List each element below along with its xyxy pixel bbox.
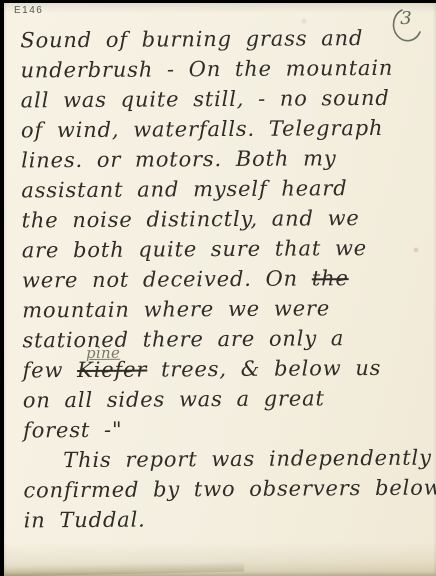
handwritten-line: Sound of burning grass and <box>20 26 430 59</box>
handwritten-line: underbrush - On the mountain <box>20 56 430 89</box>
scanned-page: E146 3 Sound of burning grass andunderbr… <box>0 0 436 576</box>
handwritten-line: few Kieferpine trees, & below us <box>23 356 433 389</box>
handwritten-line: of wind, waterfalls. Telegraph <box>21 116 431 149</box>
struck-out-word: the <box>312 266 349 290</box>
inserted-word: pine <box>86 344 120 362</box>
handwritten-segment: the noise distinctly, and we <box>21 206 359 232</box>
handwritten-line: mountain where we were <box>22 296 432 329</box>
handwritten-segment: few <box>23 358 78 382</box>
handwritten-segment: assistant and myself heard <box>21 176 347 202</box>
handwritten-segment: in Tuddal. <box>24 508 146 533</box>
handwritten-segment: lines. or motors. Both my <box>21 146 337 172</box>
struck-out-word: Kieferpine <box>77 358 147 382</box>
handwritten-line: lines. or motors. Both my <box>21 146 431 179</box>
handwritten-segment: confirmed by two observers below <box>23 476 436 503</box>
handwritten-line: confirmed by two observers below <box>23 476 433 509</box>
handwritten-segment: mountain where we were <box>22 296 330 322</box>
handwritten-line: assistant and myself heard <box>21 176 431 209</box>
manuscript-text: Sound of burning grass andunderbrush - O… <box>20 26 434 539</box>
handwritten-segment: trees, & below us <box>147 356 381 382</box>
handwritten-line: all was quite still, - no sound <box>21 86 431 119</box>
handwritten-line: forest -" <box>23 416 433 449</box>
handwritten-segment: forest -" <box>23 418 123 443</box>
handwritten-segment: Sound of burning grass and <box>20 26 363 52</box>
handwritten-segment: all was quite still, - no sound <box>21 86 390 113</box>
handwritten-line: stationed there are only a <box>22 326 432 359</box>
handwritten-line: were not deceived. On the <box>22 266 432 299</box>
handwritten-line: on all sides was a great <box>23 386 433 419</box>
handwritten-segment: on all sides was a great <box>23 386 325 412</box>
handwritten-segment: of wind, waterfalls. Telegraph <box>21 116 384 143</box>
handwritten-segment: are both quite sure that we <box>22 236 367 262</box>
handwritten-line: are both quite sure that we <box>22 236 432 269</box>
handwritten-segment: stationed there are only a <box>22 326 344 352</box>
handwritten-segment: underbrush - On the mountain <box>20 56 393 83</box>
archive-code-label: E146 <box>14 5 43 16</box>
handwritten-segment: This report was independently <box>63 446 432 473</box>
handwritten-line: the noise distinctly, and we <box>21 206 431 239</box>
handwritten-segment: were not deceived. On <box>22 266 312 292</box>
handwritten-line: This report was independently <box>23 446 433 479</box>
handwritten-line: in Tuddal. <box>24 506 434 539</box>
